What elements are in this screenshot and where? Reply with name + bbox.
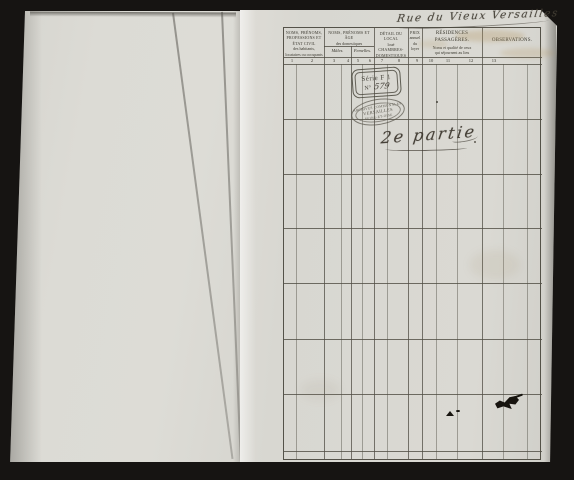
subheader-femelles: Femelles. (351, 48, 374, 53)
column-number: 1 (288, 58, 296, 63)
grid-line (284, 64, 542, 65)
column-number: 13 (490, 58, 498, 63)
grid-line (324, 46, 374, 47)
paper-stain (500, 48, 555, 58)
column-number: 5 (354, 58, 362, 63)
paper-stain (470, 250, 520, 280)
subheader-males: Mâles. (324, 48, 351, 53)
grid-line (284, 339, 542, 340)
scanned-register-page: Rue du Vieux Versailles NOMS, PRÉNOMS, P… (0, 0, 574, 480)
part-label-flourish-dot (474, 141, 476, 143)
header-text: NOMS, PRÉNOMS ET ÂGE (324, 30, 374, 41)
grid-line (284, 174, 542, 175)
stamp-inner-border: Série F 1 N° 579 (354, 70, 398, 96)
grid-line (284, 228, 542, 229)
column-number: 2 (308, 58, 316, 63)
column-header-domestiques: NOMS, PRÉNOMS ET ÂGE des domestiques (324, 28, 374, 48)
grid-line (341, 64, 342, 459)
column-number: 3 (330, 58, 338, 63)
gutter-highlight (240, 10, 256, 462)
column-number: 8 (395, 58, 403, 63)
paper-stain (455, 30, 525, 42)
header-text: annuel (408, 35, 422, 40)
header-text: qui séjournent au lieu (422, 50, 482, 55)
grid-line (436, 64, 437, 459)
stamp-number-handwritten: 579 (373, 81, 390, 91)
column-number: 10 (427, 58, 435, 63)
left-blank-page (8, 11, 241, 462)
column-number: 6 (366, 58, 374, 63)
page-left-shadow (8, 11, 42, 462)
header-text: DÉTAIL DU LOCAL (374, 31, 408, 42)
page-right-edge-shadow (544, 10, 556, 462)
grid-line (296, 64, 297, 459)
header-text: loyer (408, 46, 422, 51)
series-call-number-stamp: Série F 1 N° 579 (351, 66, 402, 98)
ink-speck (436, 101, 438, 103)
grid-line (527, 64, 528, 459)
grid-line (284, 451, 542, 452)
column-number: 7 (378, 58, 386, 63)
page-top-edge-shadow (30, 11, 236, 17)
header-text: PROFESSIONS ET ÉTAT CIVIL (284, 35, 324, 46)
grid-line (284, 119, 542, 120)
ink-blot-small (456, 410, 460, 412)
column-number: 12 (467, 58, 475, 63)
stamp-number-prefix: N° (364, 85, 371, 91)
column-header-names: NOMS, PRÉNOMS, PROFESSIONS ET ÉTAT CIVIL… (284, 28, 324, 59)
column-number: 11 (444, 58, 452, 63)
grid-line (284, 283, 542, 284)
column-header-local: DÉTAIL DU LOCAL loué CHAMBRES-DOMESTIQUE… (374, 28, 408, 60)
paper-stain (418, 40, 448, 48)
column-number: 4 (344, 58, 352, 63)
column-number: 9 (413, 58, 421, 63)
paper-stain (300, 380, 340, 400)
